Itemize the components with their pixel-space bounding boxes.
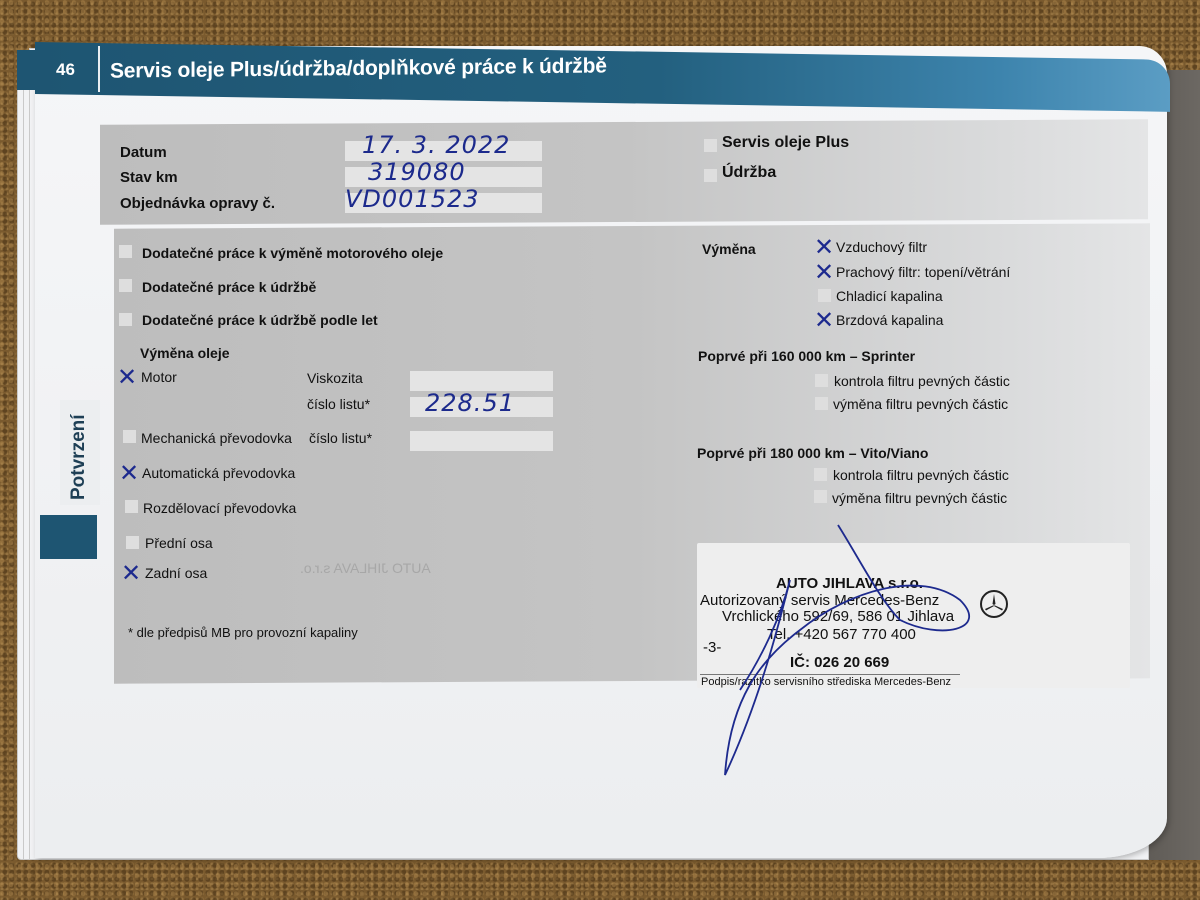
handwritten-signature [0,0,1200,900]
